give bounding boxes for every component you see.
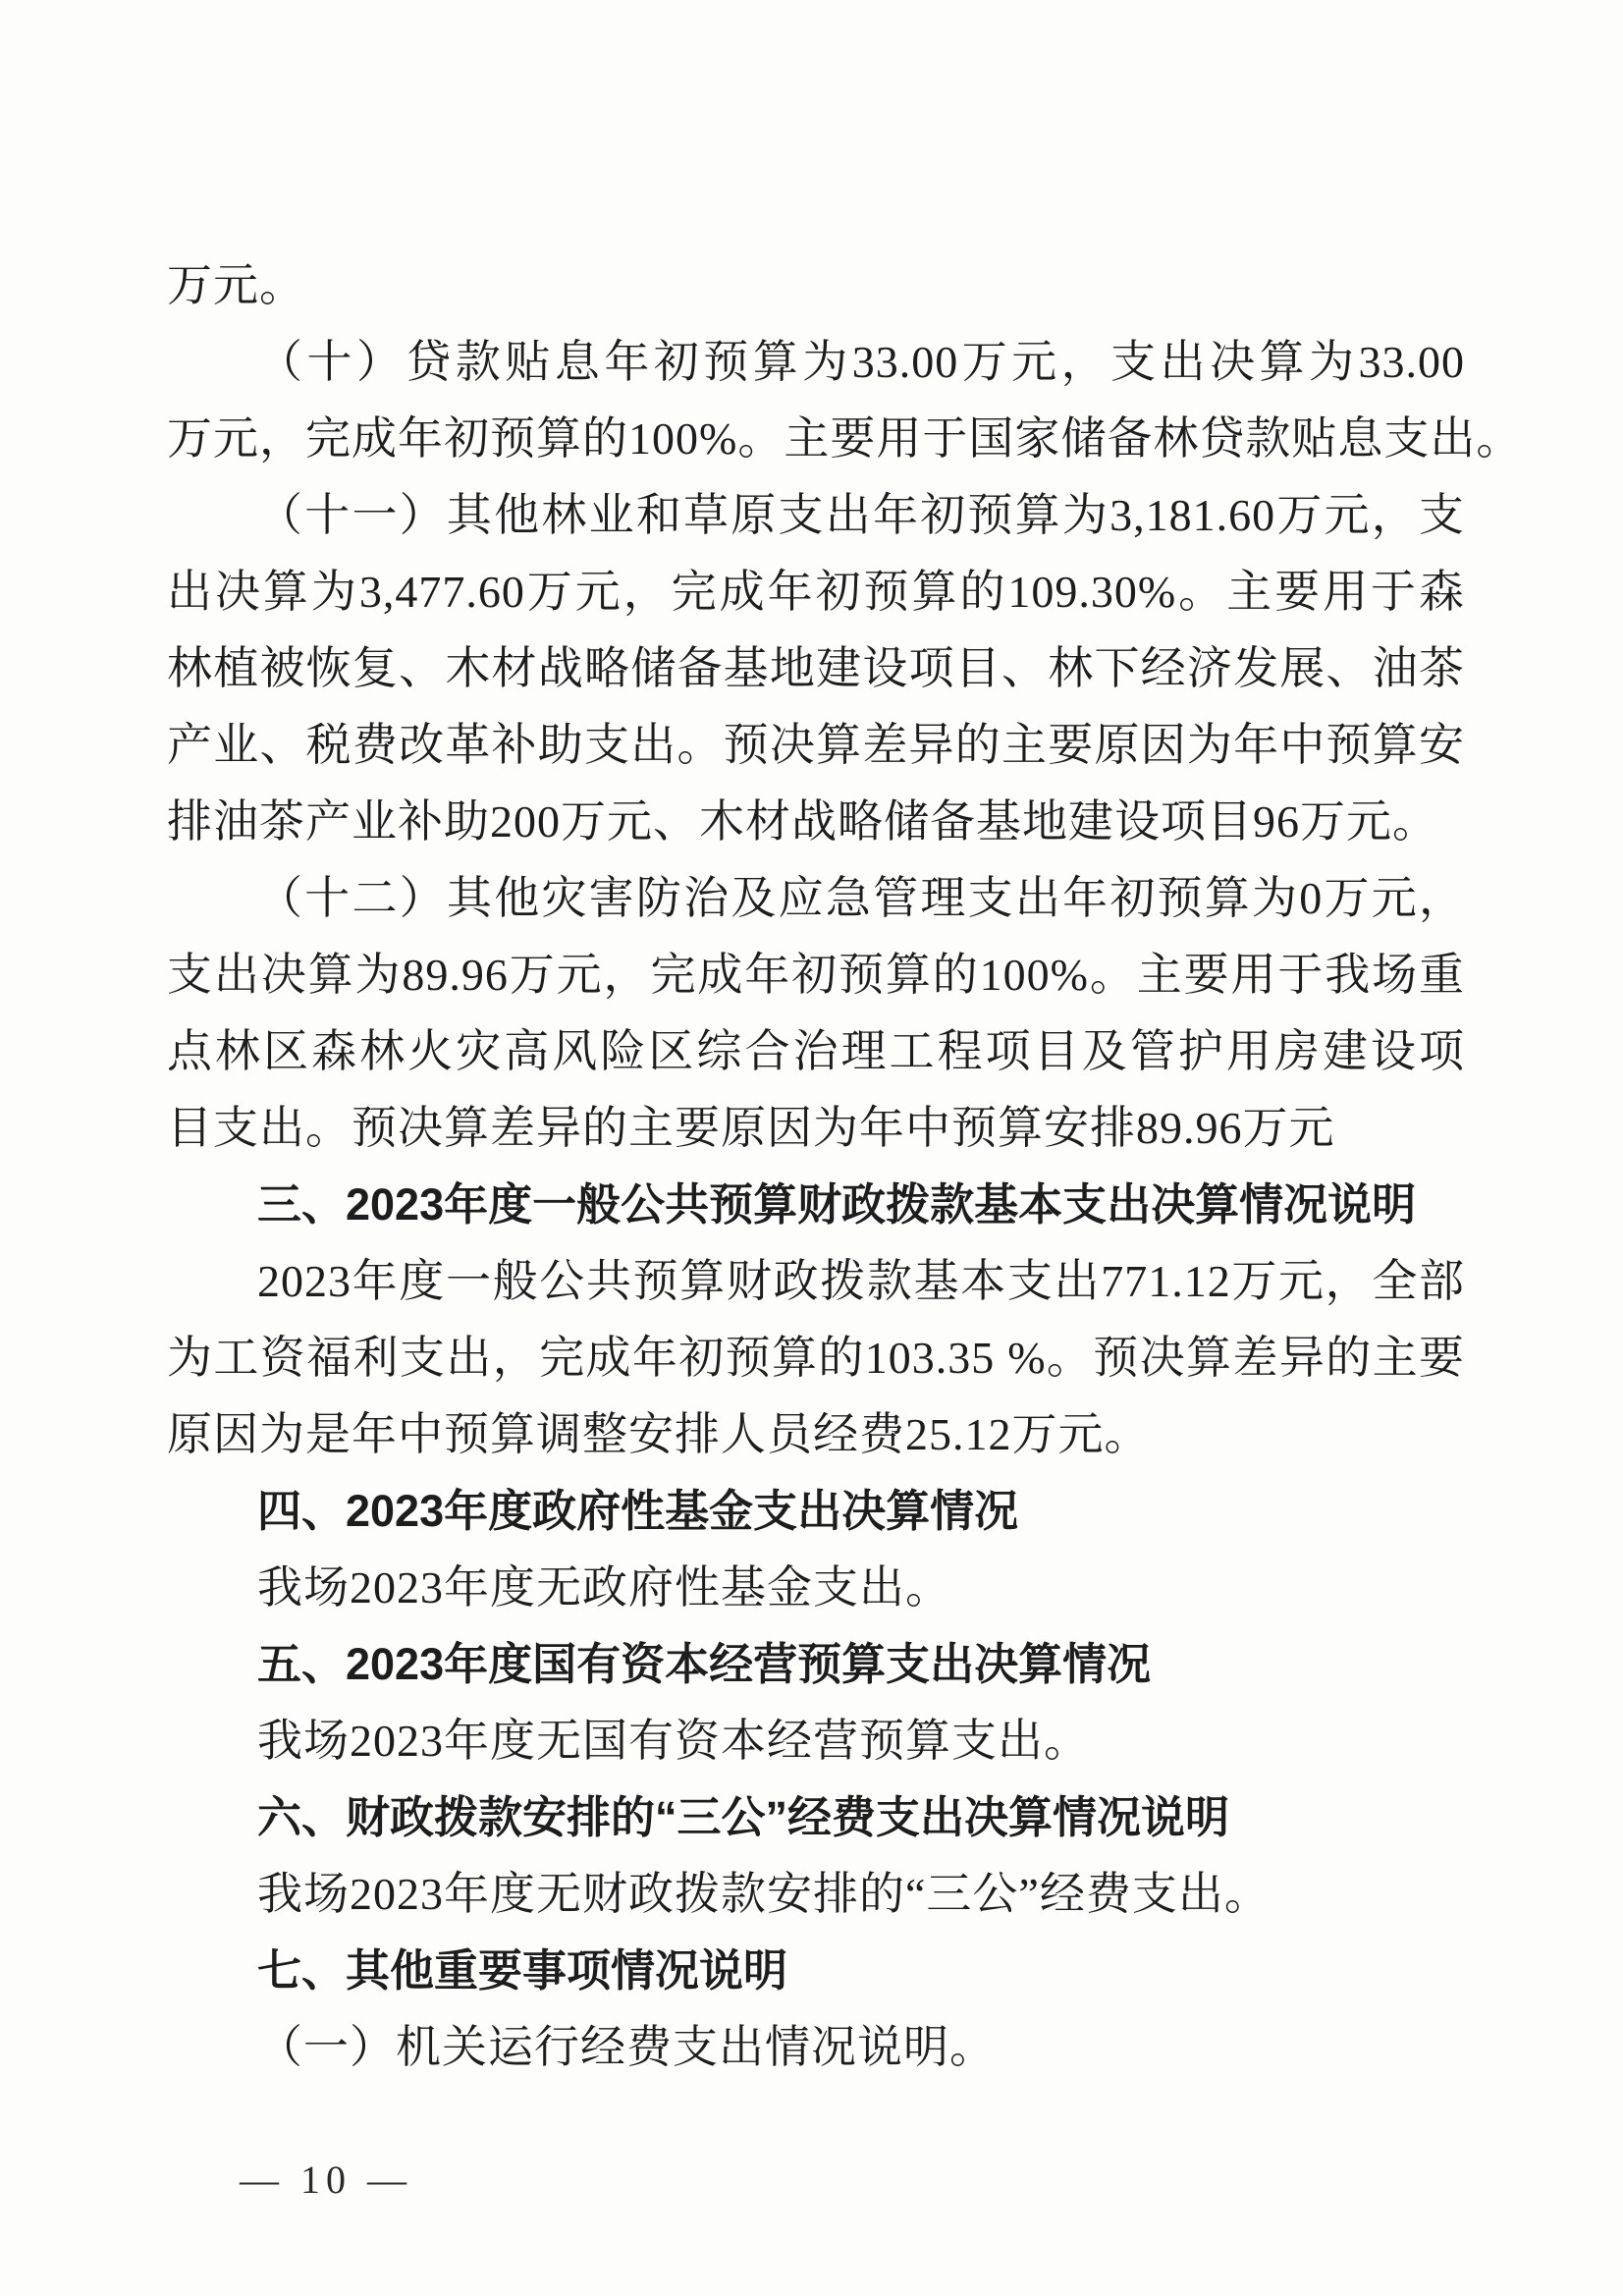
text-line: 点林区森林火灾高风险区综合治理工程项目及管护用房建设项 (167, 1013, 1465, 1090)
section-heading: 四、2023年度政府性基金支出决算情况 (167, 1473, 1465, 1550)
paragraph-start: （十）贷款贴息年初预算为33.00万元，支出决算为33.00 (167, 324, 1465, 401)
document-page: 万元。 （十）贷款贴息年初预算为33.00万元，支出决算为33.00 万元，完成… (0, 0, 1623, 2296)
paragraph-start: 我场2023年度无国有资本经营预算支出。 (167, 1703, 1465, 1779)
section-heading: 五、2023年度国有资本经营预算支出决算情况 (167, 1626, 1465, 1703)
paragraph-start: （十一）其他林业和草原支出年初预算为3,181.60万元，支 (167, 477, 1465, 554)
text-line: 排油茶产业补助200万元、木材战略储备基地建设项目96万元。 (167, 784, 1465, 860)
paragraph-start: （十二）其他灾害防治及应急管理支出年初预算为0万元， (167, 860, 1465, 937)
text-line: 产业、税费改革补助支出。预决算差异的主要原因为年中预算安 (167, 707, 1465, 784)
text-line: 林植被恢复、木材战略储备基地建设项目、林下经济发展、油茶 (167, 630, 1465, 707)
text-line: 出决算为3,477.60万元，完成年初预算的109.30%。主要用于森 (167, 554, 1465, 630)
section-heading: 三、2023年度一般公共预算财政拨款基本支出决算情况说明 (167, 1167, 1465, 1243)
text-line: 万元，完成年初预算的100%。主要用于国家储备林贷款贴息支出。 (167, 401, 1465, 477)
paragraph-start: 我场2023年度无政府性基金支出。 (167, 1550, 1465, 1626)
paragraph-start: 我场2023年度无财政拨款安排的“三公”经费支出。 (167, 1856, 1465, 1933)
document-body: 万元。 （十）贷款贴息年初预算为33.00万元，支出决算为33.00 万元，完成… (167, 247, 1465, 2086)
section-heading: 七、其他重要事项情况说明 (167, 1933, 1465, 2009)
text-line: 原因为是年中预算调整安排人员经费25.12万元。 (167, 1396, 1465, 1473)
paragraph-start: 2023年度一般公共预算财政拨款基本支出771.12万元，全部 (167, 1243, 1465, 1320)
section-heading: 六、财政拨款安排的“三公”经费支出决算情况说明 (167, 1779, 1465, 1856)
paragraph-start: （一）机关运行经费支出情况说明。 (167, 2009, 1465, 2086)
text-line: 目支出。预决算差异的主要原因为年中预算安排89.96万元 (167, 1090, 1465, 1167)
text-line: 支出决算为89.96万元，完成年初预算的100%。主要用于我场重 (167, 937, 1465, 1013)
text-line: 为工资福利支出，完成年初预算的103.35 %。预决算差异的主要 (167, 1320, 1465, 1396)
page-number: — 10 — (240, 2157, 412, 2203)
text-line: 万元。 (167, 247, 1465, 324)
